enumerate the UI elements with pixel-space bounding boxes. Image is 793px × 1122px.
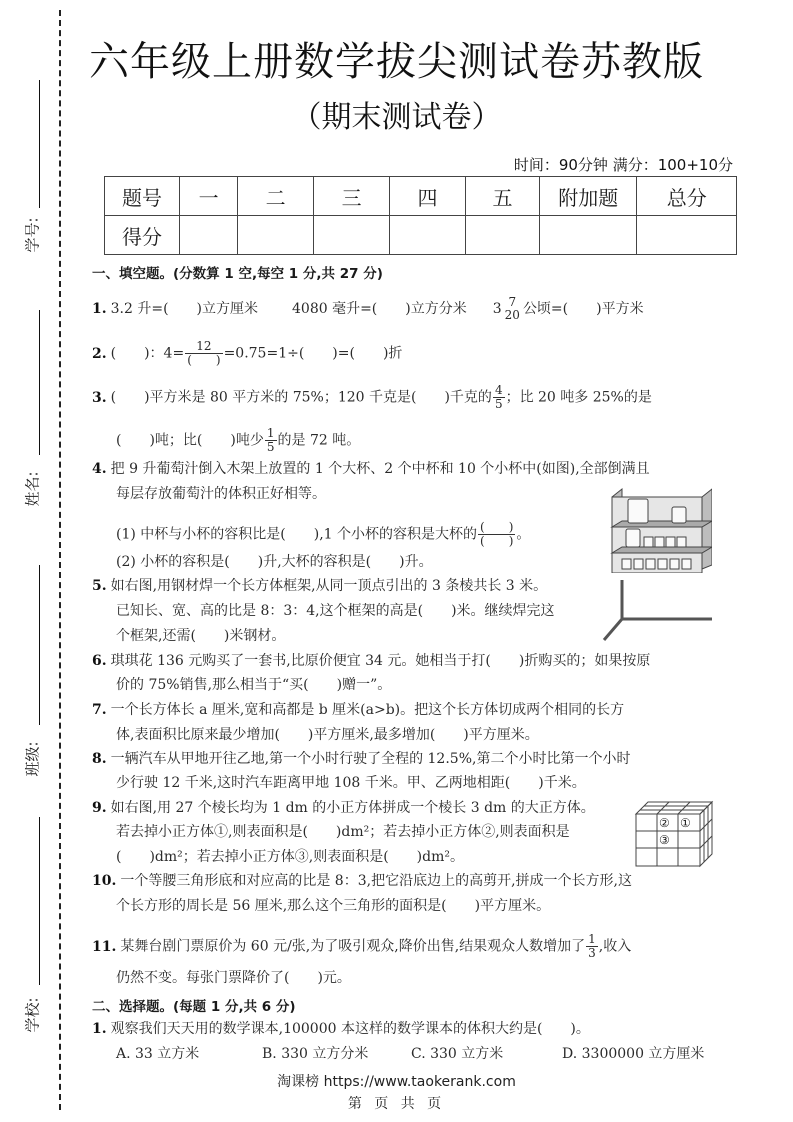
option-d[interactable]: D. 3300000 立方厘米 xyxy=(562,1046,704,1062)
option-b[interactable]: B. 330 立方分米 xyxy=(262,1046,368,1062)
question-1-4-sub2: (2) 小杯的容积是( )升,大杯的容积是( )升。 xyxy=(116,554,433,570)
question-1-3: 3.( )平方米是 80 平方米的 75%；120 千克是( )千克的45；比 … xyxy=(92,384,652,411)
score-table: 题号 一 二 三 四 五 附加题 总分 得分 xyxy=(104,176,737,255)
fraction: 12( ) xyxy=(185,340,222,367)
header-cell: 五 xyxy=(465,177,539,216)
page-subtitle: （期末测试卷） xyxy=(0,92,793,136)
option-c[interactable]: C. 330 立方米 xyxy=(411,1046,503,1062)
question-2-1: 1.观察我们天天用的数学课本,100000 本这样的数学课本的体积大约是( )。 xyxy=(92,1021,590,1037)
name-label: 姓名: xyxy=(22,479,43,507)
exam-meta: 时间：90分钟 满分：100+10分 xyxy=(514,154,733,175)
question-1-6: 6.琪琪花 136 元购买了一套书,比原价便宜 34 元。她相当于打( )折购买… xyxy=(92,653,650,669)
score-cell[interactable] xyxy=(465,216,539,255)
score-cell[interactable] xyxy=(238,216,314,255)
question-1-6-line2: 价的 75%销售,那么相当于“买( )赠一”。 xyxy=(116,677,391,693)
header-cell: 题号 xyxy=(105,177,180,216)
question-1-8-line2: 少行驶 12 千米,这时汽车距离甲地 108 千米。甲、乙两地相距( )千米。 xyxy=(116,775,586,791)
header-cell: 附加题 xyxy=(539,177,637,216)
question-1-11-line2: 仍然不变。每张门票降价了( )元。 xyxy=(116,970,351,986)
section-heading-fill-in: 一、填空题。(分数算 1 空,每空 1 分,共 27 分) xyxy=(92,262,383,282)
question-1-5-line3: 个框架,还需( )米钢材。 xyxy=(116,628,285,644)
question-1-10: 10.一个等腰三角形底和对应高的比是 8：3,把它沿底边上的高剪开,拼成一个长方… xyxy=(92,873,632,889)
header-cell: 总分 xyxy=(637,177,737,216)
cube-label-1: ① xyxy=(680,816,691,830)
question-1-4: 4.把 9 升葡萄汁倒入木架上放置的 1 个大杯、2 个中杯和 10 个小杯中(… xyxy=(92,461,650,477)
question-1-5-line2: 已知长、宽、高的比是 8：3：4,这个框架的高是( )米。继续焊完这 xyxy=(116,603,555,619)
binding-cut-line xyxy=(59,10,61,1110)
question-1-10-line2: 个长方形的周长是 56 厘米,那么这个三角形的面积是( )平方厘米。 xyxy=(116,898,550,914)
question-1-5: 5.如右图,用钢材焊一个长方体框架,从同一顶点引出的 3 条棱共长 3 米。 xyxy=(92,578,547,594)
cuboid-frame-figure xyxy=(600,576,715,646)
fraction: 720 xyxy=(503,296,522,322)
score-cell[interactable] xyxy=(539,216,637,255)
cube-figure xyxy=(634,798,714,868)
watermark: 淘课榜 https://www.taokerank.com xyxy=(0,1071,793,1091)
question-1-9-line2: 若去掉小正方体①,则表面积是( )dm²；若去掉小正方体②,则表面积是 xyxy=(116,824,570,840)
class-label: 班级: xyxy=(22,749,43,777)
option-a[interactable]: A. 33 立方米 xyxy=(116,1046,199,1062)
question-1-4-line2: 每层存放葡萄汁的体积正好相等。 xyxy=(116,486,326,502)
school-label: 学校: xyxy=(22,1005,43,1033)
header-cell: 二 xyxy=(238,177,314,216)
page-title: 六年级上册数学拔尖测试卷苏教版 xyxy=(0,30,793,87)
question-1-9-line3: ( )dm²；若去掉小正方体③,则表面积是( )dm²。 xyxy=(116,849,464,865)
question-1-2: 2.( )：4=12( )=0.75=1÷( )=( )折 xyxy=(92,340,402,367)
question-1-7: 7.一个长方体长 a 厘米,宽和高都是 b 厘米(a>b)。把这个长方体切成两个… xyxy=(92,702,624,718)
score-cell[interactable] xyxy=(179,216,237,255)
cube-label-3: ③ xyxy=(659,833,670,847)
score-cell[interactable] xyxy=(314,216,390,255)
question-1-7-line2: 体,表面积比原来最少增加( )平方厘米,最多增加( )平方厘米。 xyxy=(116,727,539,743)
student-id-label: 学号: xyxy=(22,225,43,253)
header-cell: 四 xyxy=(390,177,466,216)
fraction: 15 xyxy=(265,427,277,454)
question-1-9: 9.如右图,用 27 个棱长均为 1 dm 的小正方体拼成一个棱长 3 dm 的… xyxy=(92,800,595,816)
class-line xyxy=(39,565,40,725)
question-1-8: 8.一辆汽车从甲地开往乙地,第一个小时行驶了全程的 12.5%,第二个小时比第一… xyxy=(92,751,630,767)
fraction: ( )( ) xyxy=(478,521,515,548)
row-label-cell: 得分 xyxy=(105,216,180,255)
page-number: 第 页 共 页 xyxy=(0,1093,793,1113)
question-1-3-line2: ( )吨；比( )吨少15的是 72 吨。 xyxy=(116,427,360,454)
name-line xyxy=(39,310,40,455)
question-1-11: 11.某舞台剧门票原价为 60 元/张,为了吸引观众,降价出售,结果观众人数增加… xyxy=(92,933,631,960)
cup-shelf-figure xyxy=(600,485,712,573)
score-table-header-row: 题号 一 二 三 四 五 附加题 总分 xyxy=(105,177,737,216)
section-heading-multiple-choice: 二、选择题。(每题 1 分,共 6 分) xyxy=(92,995,296,1015)
score-cell[interactable] xyxy=(637,216,737,255)
score-cell[interactable] xyxy=(390,216,466,255)
question-1-4-sub1: (1) 中杯与小杯的容积比是( ),1 个小杯的容积是大杯的( )( )。 xyxy=(116,521,530,548)
header-cell: 三 xyxy=(314,177,390,216)
fraction: 13 xyxy=(586,933,598,960)
question-1-1: 1.3.2 升=( )立方厘米4080 毫升=( )立方分米3720公顷=( )… xyxy=(92,296,644,322)
score-table-score-row: 得分 xyxy=(105,216,737,255)
fraction: 45 xyxy=(493,384,505,411)
header-cell: 一 xyxy=(179,177,237,216)
cube-label-2: ② xyxy=(659,816,670,830)
school-line xyxy=(39,817,40,985)
